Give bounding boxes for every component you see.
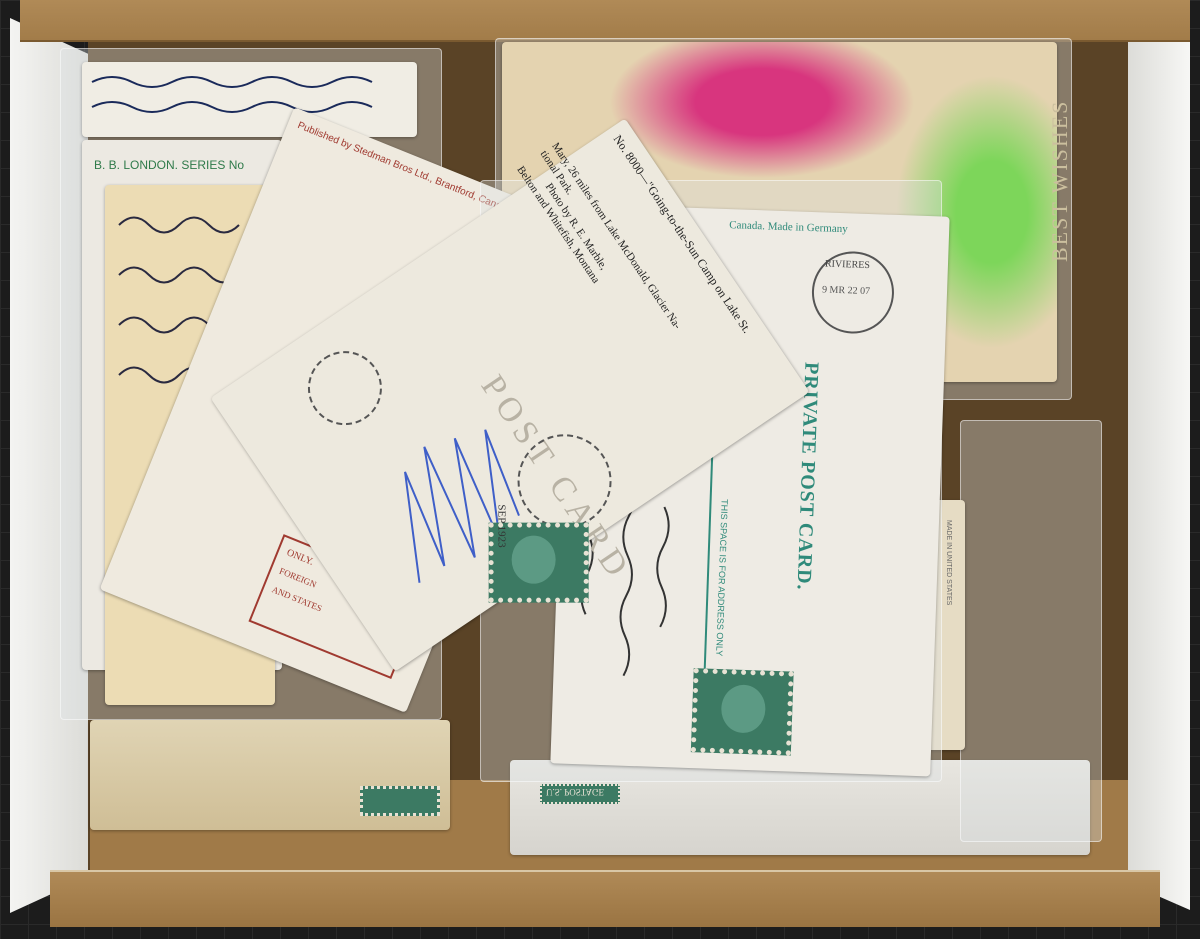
sleeve-stack-right <box>960 420 1102 842</box>
canada-one-cent-stamp <box>691 668 794 755</box>
postmark-date: 9 MR 22 07 <box>822 284 870 297</box>
made-in-us-text: MADE IN UNITED STATES <box>945 520 952 605</box>
embossed-best-wishes: BEST WISHES <box>1047 100 1073 262</box>
stamp-portrait <box>721 684 767 734</box>
canada-header-text: Canada. Made in Germany <box>729 219 848 235</box>
postmark-sep-1923-text: SEP 1923 <box>496 504 508 547</box>
sp11-postmark <box>294 337 397 440</box>
stamp-us-postage-text: U.S. POSTAGE <box>546 787 604 797</box>
stamp-portrait <box>512 536 556 584</box>
address-only-note: THIS SPACE IS FOR ADDRESS ONLY <box>714 499 729 656</box>
stamp-us-postage: U.S. POSTAGE <box>540 784 620 804</box>
box-wall-right <box>1128 10 1190 910</box>
series-london-text: B. B. LONDON. SERIES No <box>94 158 244 172</box>
rivieres-postmark: RIVIERES 9 MR 22 07 <box>811 250 896 335</box>
box-flap-bottom <box>50 870 1160 927</box>
postcard-handwritten-top <box>82 62 417 137</box>
stamp-bottom-left <box>360 786 440 816</box>
box-flap-top <box>20 0 1190 42</box>
handwriting-lines <box>82 62 412 132</box>
postmark-city: RIVIERES <box>825 258 870 271</box>
